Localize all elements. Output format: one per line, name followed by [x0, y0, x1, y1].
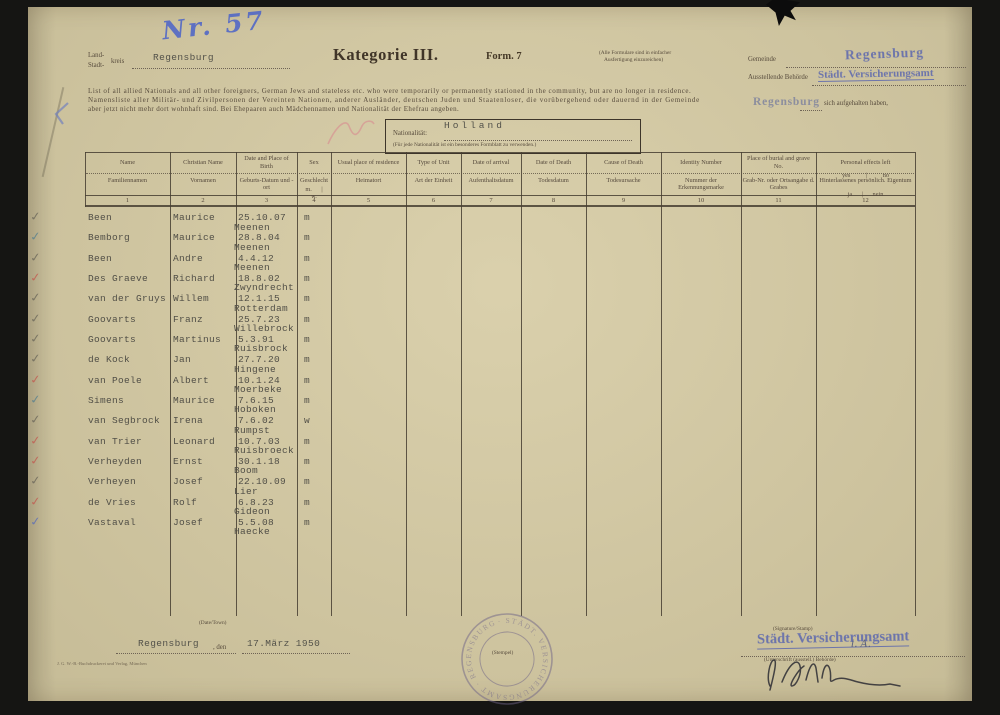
birth-place: Hoboken: [234, 404, 276, 415]
header-column-number: 7: [462, 197, 520, 204]
header-column-number: 1: [86, 197, 169, 204]
birth-place: Rumpst: [234, 425, 270, 436]
row-check-mark: ✓: [29, 453, 43, 468]
table-header-cell: SexGeschlechtm. | w.4: [298, 153, 330, 172]
first-name: Maurice: [173, 395, 215, 406]
behoerde-dotted-line: [812, 84, 966, 86]
table-column-line: [741, 152, 742, 616]
sex: m: [304, 314, 310, 325]
header-en: Date of Death: [522, 153, 585, 172]
header-de: Geburts-Datum und -ort: [237, 177, 296, 191]
header-column-number: 4: [298, 197, 330, 204]
table-header-cell: Usual place of residenceHeimatort5: [332, 153, 405, 172]
date-town-label: (Date/Town): [199, 620, 226, 626]
header-column-number: 5: [332, 197, 405, 204]
table-column-line: [586, 152, 587, 616]
kreis-label-line2: Stadt-: [88, 62, 104, 71]
header-de: Vornamen: [171, 177, 235, 184]
kreis-label-line1: Land-: [88, 52, 104, 61]
row-check-mark: ✓: [29, 270, 43, 285]
header-de: Aufenthaltsdatum: [462, 177, 520, 184]
residence-suffix: sich aufgehalten haben,: [824, 100, 888, 109]
header-column-number: 10: [662, 197, 740, 204]
birth-place: Meenen: [234, 222, 270, 233]
header-en: Date and Place of Birth: [237, 153, 296, 172]
birth-place: Moerbeke: [234, 384, 282, 395]
row-check-mark: ✓: [29, 250, 43, 265]
header-column-number: 12: [817, 197, 914, 204]
scanned-document: Nr. 57 Land- Stadt- kreis Regensburg Kat…: [0, 0, 1000, 715]
header-de: Geschlecht: [298, 177, 330, 184]
surname: Goovarts: [88, 334, 136, 345]
header-de: Todesdatum: [522, 177, 585, 184]
table-header-cell: Place of burial and grave No.Grab-Nr. od…: [742, 153, 815, 172]
footer-date: 17.März 1950: [247, 638, 320, 649]
sex: m: [304, 212, 310, 223]
table-header-dotted-separator: [86, 173, 914, 174]
table-column-line: [170, 152, 171, 616]
gemeinde-stamp: Regensburg: [845, 45, 925, 64]
table-column-line: [915, 152, 916, 616]
first-name: Martinus: [173, 334, 221, 345]
birth-place: Ruisbrock: [234, 343, 288, 354]
nationality-value: Holland: [444, 120, 505, 131]
footer-dotted-line-1: [116, 652, 236, 654]
surname: Been: [88, 212, 112, 223]
row-check-mark: ✓: [29, 372, 43, 387]
nationality-box: Holland Nationalität: (Für jede National…: [385, 119, 641, 154]
header-de: Nummer der Erkennungsmarke: [662, 177, 740, 191]
header-column-number: 11: [742, 197, 815, 204]
gemeinde-label: Gemeinde: [748, 56, 776, 65]
surname: de Vries: [88, 497, 136, 508]
table-column-line: [331, 152, 332, 616]
surname: Verheyden: [88, 456, 142, 467]
first-name: Josef: [173, 517, 203, 528]
first-name: Richard: [173, 273, 215, 284]
row-check-mark: ✓: [29, 290, 43, 305]
surname: Goovarts: [88, 314, 136, 325]
header-en: Date of arrival: [462, 153, 520, 172]
surname: van der Gruys: [88, 293, 166, 304]
sex: m: [304, 273, 310, 284]
table-column-line: [461, 152, 462, 616]
copies-note-line1: (Alle Formulare sind in einfacher: [599, 50, 671, 56]
header-en: Sex: [298, 153, 330, 172]
intro-line-de2: aber jetzt nicht mehr dort wohnhaft sind…: [88, 105, 459, 113]
red-pencil-scribble: [322, 114, 382, 148]
behoerde-label: Ausstellende Behörde: [748, 74, 808, 83]
birth-place: Zwyndrecht: [234, 282, 294, 293]
header-en: Name: [86, 153, 169, 172]
first-name: Leonard: [173, 436, 215, 447]
printer-note: J. G. W.-B.-Buchdruckerei und Verlag, Mü…: [57, 661, 147, 666]
residence-stamp: Regensburg: [753, 96, 820, 108]
table-column-line: [661, 152, 662, 616]
surname: Verheyen: [88, 476, 136, 487]
nationality-dotted-line: [444, 139, 632, 141]
table-header-line: [85, 195, 915, 196]
margin-check-mark: [50, 100, 76, 130]
row-check-mark: ✓: [29, 494, 43, 509]
sex: m: [304, 232, 310, 243]
signature-ink: [762, 652, 912, 696]
header-en: Cause of Death: [587, 153, 660, 172]
table-column-line: [297, 152, 298, 616]
birth-place: Lier: [234, 486, 258, 497]
header-en: Usual place of residence: [332, 153, 405, 172]
birth-place: Hingene: [234, 364, 276, 375]
first-name: Jan: [173, 354, 191, 365]
form-number: Form. 7: [486, 51, 522, 62]
first-name: Maurice: [173, 232, 215, 243]
header-de: Heimatort: [332, 177, 405, 184]
row-check-mark: ✓: [29, 412, 43, 427]
ia-annotation: i. A.: [851, 639, 871, 650]
sex: m: [304, 517, 310, 528]
row-check-mark: ✓: [29, 331, 43, 346]
header-en: Identity Number: [662, 153, 740, 172]
sex: m: [304, 354, 310, 365]
surname: Simens: [88, 395, 124, 406]
table-header-cell: Personal effects leftyes | noHinterlasse…: [817, 153, 914, 179]
sex: m: [304, 456, 310, 467]
header-en: Personal effects left: [817, 153, 914, 172]
intro-line-de1: Namensliste aller Militär- und Zivilpers…: [88, 96, 700, 104]
table-header-bottom-border: [85, 205, 915, 207]
header-en: Christian Name: [171, 153, 235, 172]
intro-line-en: List of all allied Nationals and all oth…: [88, 87, 691, 95]
row-check-mark: ✓: [29, 311, 43, 326]
table-header-cell: Cause of DeathTodesursache9: [587, 153, 660, 172]
first-name: Albert: [173, 375, 209, 386]
residence-dotted-line: [800, 109, 822, 111]
surname: Vastaval: [88, 517, 136, 528]
surname: van Trier: [88, 436, 142, 447]
row-check-mark: ✓: [29, 392, 43, 407]
table-header-cell: Identity NumberNummer der Erkennungsmark…: [662, 153, 740, 172]
table-header-cell: Date and Place of BirthGeburts-Datum und…: [237, 153, 296, 172]
surname: van Poele: [88, 375, 142, 386]
header-de: Todesursache: [587, 177, 660, 184]
surname: de Kock: [88, 354, 130, 365]
sex: m: [304, 334, 310, 345]
table-header-cell: Date of arrivalAufenthaltsdatum7: [462, 153, 520, 172]
first-name: Ernst: [173, 456, 203, 467]
row-check-mark: ✓: [29, 229, 43, 244]
sex: m: [304, 497, 310, 508]
row-check-mark: ✓: [29, 209, 43, 224]
surname: Des Graeve: [88, 273, 148, 284]
header-en: Place of burial and grave No.: [742, 153, 815, 172]
sex: m: [304, 436, 310, 447]
surname: Bemborg: [88, 232, 130, 243]
table-column-line: [816, 152, 817, 616]
row-check-mark: ✓: [29, 514, 43, 529]
first-name: Maurice: [173, 212, 215, 223]
first-name: Willem: [173, 293, 209, 304]
row-check-mark: ✓: [29, 473, 43, 488]
table-column-line: [521, 152, 522, 616]
row-check-mark: ✓: [29, 351, 43, 366]
office-stamp: Städt. Versicherungsamt: [757, 628, 910, 649]
header-de: Art der Einheit: [407, 177, 460, 184]
sex: m: [304, 293, 310, 304]
table-column-line: [406, 152, 407, 616]
first-name: Andre: [173, 253, 203, 264]
header-column-number: 8: [522, 197, 585, 204]
header-de: Hinterlassenes persönlich. Eigentum: [817, 177, 914, 184]
page-title: Kategorie III.: [333, 45, 439, 65]
first-name: Franz: [173, 314, 203, 325]
sex: m: [304, 476, 310, 487]
table-header-cell: NameFamiliennamen1: [86, 153, 169, 172]
sex: m: [304, 375, 310, 386]
birth-place: Ruisbroeck: [234, 445, 294, 456]
birth-place: Rotterdam: [234, 303, 288, 314]
kreis-label-suffix: kreis: [111, 58, 124, 67]
header-column-number: 6: [407, 197, 460, 204]
table-header-cell: Christian NameVornamen2: [171, 153, 235, 172]
first-name: Rolf: [173, 497, 197, 508]
kreis-dotted-line: [132, 67, 290, 69]
first-name: Irena: [173, 415, 203, 426]
birth-place: Haecke: [234, 526, 270, 537]
header-column-number: 3: [237, 197, 296, 204]
sex: m: [304, 395, 310, 406]
header-column-number: 9: [587, 197, 660, 204]
nationality-note: (Für jede Nationalität ist ein besondere…: [393, 142, 536, 148]
birth-place: Willebrock: [234, 323, 294, 334]
table-header-cell: Date of DeathTodesdatum8: [522, 153, 585, 172]
kreis-value: Regensburg: [153, 52, 214, 63]
surname: van Segbrock: [88, 415, 160, 426]
surname: Been: [88, 253, 112, 264]
table-header-cell: Type of UnitArt der Einheit6: [407, 153, 460, 172]
first-name: Josef: [173, 476, 203, 487]
sex: m: [304, 253, 310, 264]
header-de: Grab-Nr. oder Ortsangabe d. Grabes: [742, 177, 815, 191]
header-de: Familiennamen: [86, 177, 169, 184]
header-en: Type of Unit: [407, 153, 460, 172]
header-column-number: 2: [171, 197, 235, 204]
row-check-mark: ✓: [29, 433, 43, 448]
birth-place: Meenen: [234, 262, 270, 273]
birth-place: Meenen: [234, 242, 270, 253]
nationality-label: Nationalität:: [393, 130, 427, 139]
copies-note-line2: Ausfertigung einzureichen): [604, 57, 663, 63]
footer-town: Regensburg: [138, 638, 199, 649]
footer-dotted-line-2: [242, 652, 350, 654]
birth-place: Boom: [234, 465, 258, 476]
sex: w: [304, 415, 310, 426]
birth-place: Gideon: [234, 506, 270, 517]
behoerde-stamp: Städt. Versicherungsamt: [818, 67, 934, 82]
